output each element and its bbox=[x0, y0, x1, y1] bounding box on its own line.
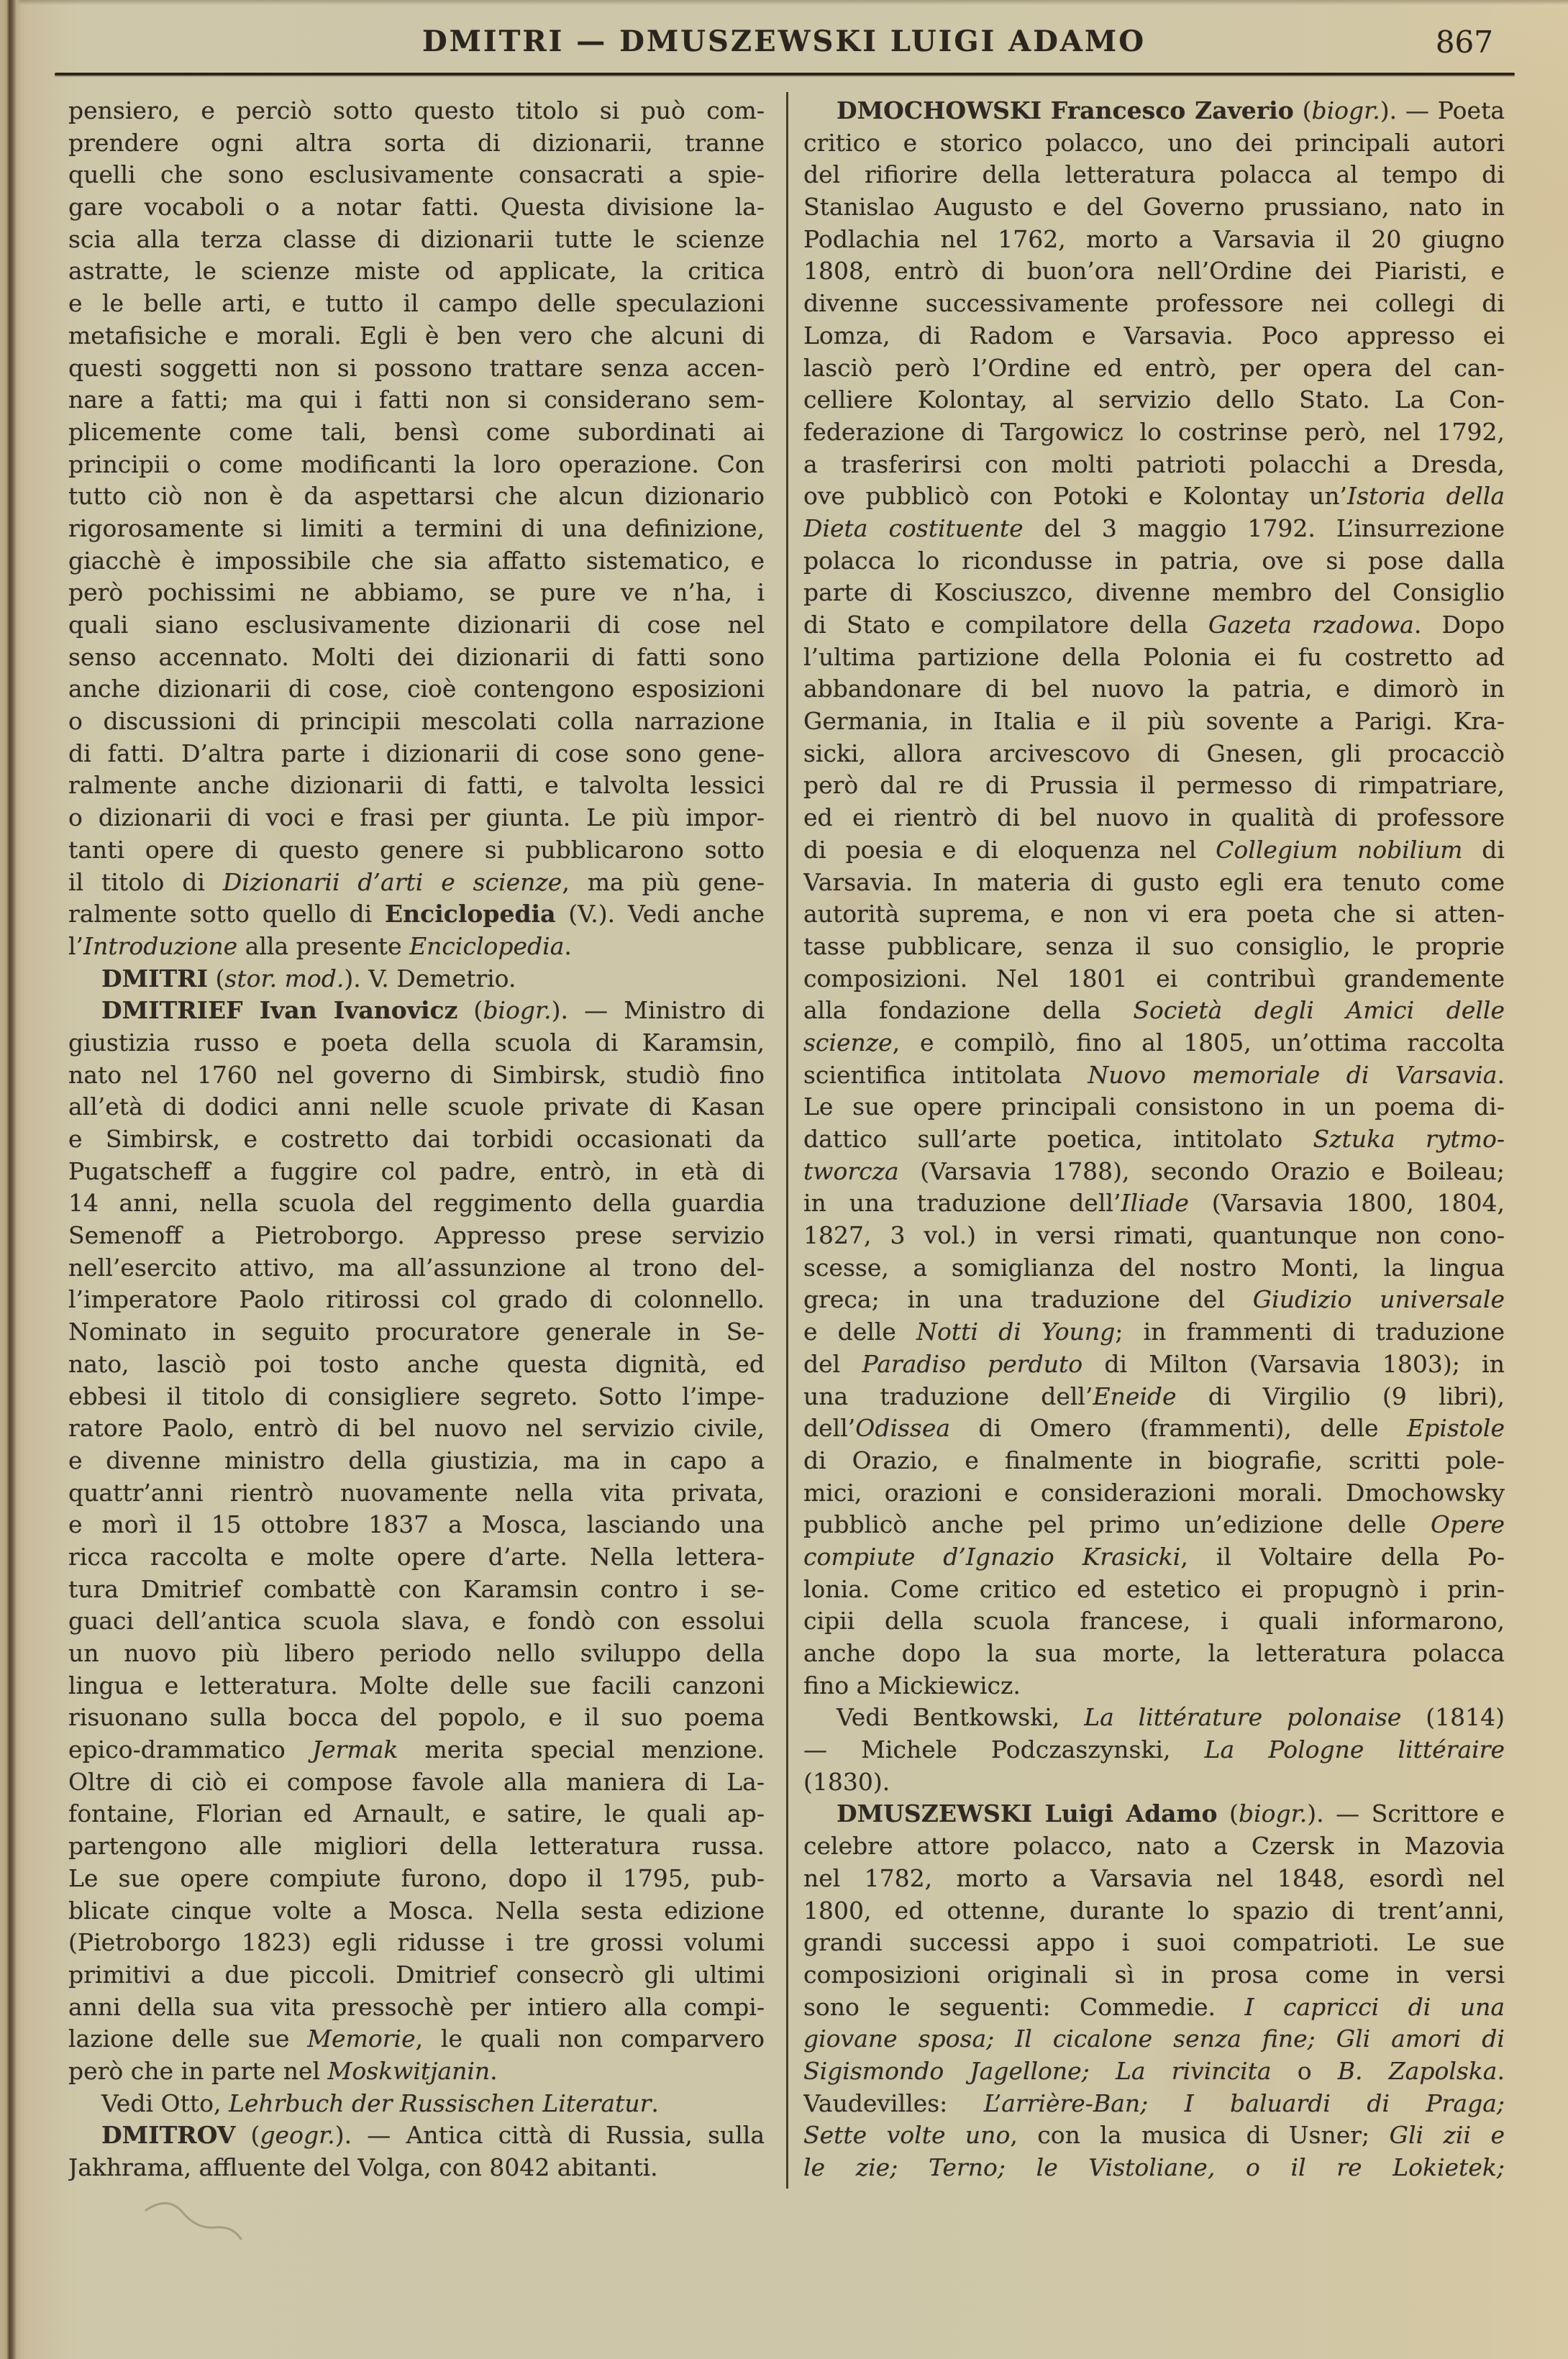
text-segment: o dizionarii di voci e frasi per giunta.… bbox=[68, 803, 765, 831]
page-number: 867 bbox=[1436, 24, 1493, 60]
text-segment: di Omero (frammenti), delle bbox=[950, 1414, 1407, 1442]
text-segment: Sette volte uno bbox=[803, 2121, 1010, 2149]
column-divider bbox=[786, 92, 788, 2189]
text-line: però che in parte nel Moskwitjanin. bbox=[68, 2055, 765, 2088]
text-segment: merita special menzione. bbox=[398, 1735, 765, 1763]
text-segment: ratore Paolo, entrò di bel nuovo nel ser… bbox=[68, 1414, 765, 1442]
header-rule bbox=[55, 73, 1515, 76]
text-line: e delle Notti di Young; in frammenti di … bbox=[803, 1316, 1505, 1349]
text-line: dell’Odissea di Omero (frammenti), delle… bbox=[803, 1413, 1505, 1445]
text-line: primitivi a due piccoli. Dmitrief consec… bbox=[68, 1959, 765, 1991]
text-line: risuonano sulla bocca del popolo, e il s… bbox=[68, 1702, 765, 1734]
text-segment: all’età di dodici anni nelle scuole priv… bbox=[68, 1092, 765, 1121]
binding-edge bbox=[0, 0, 22, 2359]
text-segment: l’imperatore Paolo ritirossi col grado d… bbox=[68, 1285, 765, 1313]
text-segment: ebbesi il titolo di consigliere segreto.… bbox=[68, 1382, 765, 1410]
text-segment: gare vocaboli o a notar fatti. Questa di… bbox=[68, 193, 765, 221]
text-segment: Vedi Bentkowski, bbox=[837, 1703, 1084, 1731]
text-segment: lazione delle sue bbox=[68, 2025, 307, 2053]
text-line: o dizionarii di voci e frasi per giunta.… bbox=[68, 802, 765, 834]
text-line: giacchè è impossibile che sia affatto si… bbox=[68, 545, 765, 578]
text-line: un nuovo più libero periodo nello svilup… bbox=[68, 1638, 765, 1670]
text-line: (1830). bbox=[803, 1766, 1505, 1799]
text-segment: guaci dell’antica scuola slava, e fondò … bbox=[68, 1607, 765, 1635]
text-segment: greca; in una traduzione del bbox=[803, 1285, 1253, 1313]
text-line: nato nel 1760 nel governo di Simbirsk, s… bbox=[68, 1059, 765, 1092]
text-segment: Introduzione bbox=[83, 932, 237, 960]
text-line: mici, orazioni e considerazioni morali. … bbox=[803, 1477, 1505, 1510]
text-segment: ). — Ministro di bbox=[552, 996, 765, 1024]
text-segment: e morì il 15 ottobre 1837 a Mosca, lasci… bbox=[68, 1510, 765, 1538]
text-segment: celliere Kolontay, al servizio dello Sta… bbox=[803, 385, 1505, 414]
text-segment: del rifiorire della letteratura polacca … bbox=[803, 160, 1505, 188]
text-segment: Epistole bbox=[1407, 1414, 1505, 1442]
text-segment: ( bbox=[208, 964, 224, 993]
text-line: Germania, in Italia e il più sovente a P… bbox=[803, 706, 1505, 738]
text-line: senso accennato. Molti dei dizionarii di… bbox=[68, 642, 765, 674]
text-line: e divenne ministro della giustizia, ma i… bbox=[68, 1445, 765, 1477]
text-segment: , ma più gene- bbox=[562, 868, 765, 896]
text-segment: La littérature polonaise bbox=[1084, 1703, 1401, 1731]
text-segment: senso accennato. Molti dei dizionarii di… bbox=[68, 643, 765, 671]
text-segment: composizioni originali sì in prosa come … bbox=[803, 1961, 1505, 1989]
text-segment: ). — Poeta bbox=[1380, 96, 1505, 124]
text-segment: plicemente come tali, bensì come subordi… bbox=[68, 418, 765, 446]
text-line: DMOCHOWSKI Francesco Zaverio (biogr.). —… bbox=[803, 95, 1505, 127]
text-line: compiute d’Ignazio Krasicki, il Voltaire… bbox=[803, 1541, 1505, 1574]
text-segment: scia alla terza classe di dizionarii tut… bbox=[68, 225, 765, 253]
text-line: rigorosamente si limiti a termini di una… bbox=[68, 513, 765, 545]
text-line: però dal re di Prussia il permesso di ri… bbox=[803, 770, 1505, 802]
text-segment: o bbox=[1272, 2057, 1338, 2085]
text-line: fino a Mickiewicz. bbox=[803, 1670, 1505, 1702]
text-line: scia alla terza classe di dizionarii tut… bbox=[68, 224, 765, 256]
text-segment: lonia. Come critico ed estetico ei propu… bbox=[803, 1575, 1505, 1603]
running-head: DMITRI — DMUSZEWSKI LUIGI ADAMO bbox=[0, 24, 1568, 58]
text-line: all’età di dodici anni nelle scuole priv… bbox=[68, 1091, 765, 1123]
text-segment: del bbox=[803, 1350, 862, 1378]
text-segment: primitivi a due piccoli. Dmitrief consec… bbox=[68, 1961, 765, 1989]
text-segment: ( bbox=[457, 996, 483, 1024]
text-segment: compiute d’Ignazio Krasicki bbox=[803, 1543, 1180, 1571]
text-segment: Jermak bbox=[312, 1735, 398, 1763]
text-segment: ed ei rientrò di bel nuovo in qualità di… bbox=[803, 803, 1505, 831]
text-segment: di bbox=[1462, 836, 1505, 864]
text-segment: ; in frammenti di traduzione bbox=[1115, 1318, 1505, 1346]
text-segment: cipii della scuola francese, i quali inf… bbox=[803, 1607, 1505, 1635]
text-line: Vaudevilles: L’arrière-Ban; I baluardi d… bbox=[803, 2088, 1505, 2120]
text-line: 1808, entrò di buon’ora nell’Ordine dei … bbox=[803, 255, 1505, 288]
text-segment: , il Voltaire della Po- bbox=[1180, 1543, 1505, 1571]
text-segment: Podlachia nel 1762, morto a Varsavia il … bbox=[803, 225, 1505, 253]
text-line: 1827, 3 vol.) in versi rimati, quantunqu… bbox=[803, 1220, 1505, 1252]
text-line: (Pietroborgo 1823) egli ridusse i tre gr… bbox=[68, 1927, 765, 1959]
text-segment: scienze bbox=[803, 1028, 893, 1057]
text-segment: anche dizionarii di cose, cioè contengon… bbox=[68, 675, 765, 703]
text-line: divenne successivamente professore nei c… bbox=[803, 288, 1505, 320]
text-segment: sono le seguenti: Commedie. bbox=[803, 1993, 1244, 2021]
text-segment: critico e storico polacco, uno dei princ… bbox=[803, 129, 1505, 157]
text-segment: ricca raccolta e molte opere d’arte. Nel… bbox=[68, 1543, 765, 1571]
text-line: ricca raccolta e molte opere d’arte. Nel… bbox=[68, 1541, 765, 1574]
text-line: pensiero, e perciò sotto questo titolo s… bbox=[68, 95, 765, 127]
text-segment: 1808, entrò di buon’ora nell’Ordine dei … bbox=[803, 257, 1505, 285]
text-line: tworcza (Varsavia 1788), secondo Orazio … bbox=[803, 1156, 1505, 1188]
text-line: quelli che sono esclusivamente consacrat… bbox=[68, 159, 765, 191]
text-segment: (Varsavia 1788), secondo Orazio e Boilea… bbox=[899, 1157, 1505, 1185]
text-segment: abbandonare di bel nuovo la patria, e di… bbox=[803, 675, 1505, 703]
text-segment: di poesia e di eloquenza nel bbox=[803, 836, 1216, 864]
text-line: — Michele Podczaszynski, La Pologne litt… bbox=[803, 1734, 1505, 1766]
text-segment: quali siano esclusivamente dizionarii di… bbox=[68, 611, 765, 639]
text-segment: Jakhrama, affluente del Volga, con 8042 … bbox=[68, 2153, 658, 2181]
text-segment: — Michele Podczaszynski, bbox=[803, 1735, 1205, 1763]
text-line: scientifica intitolata Nuovo memoriale d… bbox=[803, 1059, 1505, 1092]
text-segment: (Varsavia 1800, 1804, bbox=[1189, 1189, 1505, 1217]
text-segment: lasciò però l’Ordine ed entrò, per opera… bbox=[803, 354, 1505, 382]
text-segment: e Simbirsk, e costretto dai torbidi occa… bbox=[68, 1125, 765, 1153]
text-line: questi soggetti non si possono trattare … bbox=[68, 352, 765, 385]
text-line: metafisiche e morali. Egli è ben vero ch… bbox=[68, 320, 765, 352]
text-segment: , e compilò, fino al 1805, un’ottima rac… bbox=[893, 1028, 1505, 1057]
text-line: sicki, allora arcivescovo di Gnesen, gli… bbox=[803, 738, 1505, 770]
text-line: di Stato e compilatore della Gazeta rzad… bbox=[803, 609, 1505, 642]
text-segment: metafisiche e morali. Egli è ben vero ch… bbox=[68, 321, 765, 350]
text-segment: . bbox=[1497, 2057, 1505, 2085]
text-line: il titolo di Dizionarii d’arti e scienze… bbox=[68, 867, 765, 899]
text-line: Podlachia nel 1762, morto a Varsavia il … bbox=[803, 224, 1505, 256]
text-segment: 14 anni, nella scuola del reggimento del… bbox=[68, 1189, 765, 1217]
text-segment: anni della sua vita pressochè per intier… bbox=[68, 1993, 765, 2021]
text-segment: astratte, le scienze miste od applicate,… bbox=[68, 257, 765, 285]
text-segment: L’arrière-Ban; I baluardi di Praga; bbox=[984, 2089, 1505, 2117]
text-line: sono le seguenti: Commedie. I capricci d… bbox=[803, 1991, 1505, 2024]
text-segment: . bbox=[564, 932, 572, 960]
text-line: partengono alle migliori della letteratu… bbox=[68, 1830, 765, 1863]
text-segment: pubblicò anche pel primo un’edizione del… bbox=[803, 1510, 1431, 1538]
text-segment: nato, lasciò poi tosto anche questa dign… bbox=[68, 1350, 765, 1378]
text-line: quattr’anni rientrò nuovamente nella vit… bbox=[68, 1477, 765, 1510]
text-line: parte di Kosciuszco, divenne membro del … bbox=[803, 577, 1505, 609]
text-line: federazione di Targowicz lo costrinse pe… bbox=[803, 416, 1505, 449]
book-page: DMITRI — DMUSZEWSKI LUIGI ADAMO 867 pens… bbox=[0, 0, 1568, 2359]
text-segment: Sztuka rytmo- bbox=[1313, 1125, 1505, 1153]
text-line: Oltre di ciò ei compose favole alla mani… bbox=[68, 1766, 765, 1799]
text-segment: e divenne ministro della giustizia, ma i… bbox=[68, 1446, 765, 1474]
text-line: gare vocaboli o a notar fatti. Questa di… bbox=[68, 191, 765, 224]
text-segment: Moskwitjanin bbox=[328, 2057, 491, 2085]
text-segment: pensiero, e perciò sotto questo titolo s… bbox=[68, 96, 765, 124]
text-segment: B. Zapolska bbox=[1338, 2057, 1498, 2085]
text-line: anche dizionarii di cose, cioè contengon… bbox=[68, 673, 765, 706]
text-line: DMUSZEWSKI Luigi Adamo (biogr.). — Scrit… bbox=[803, 1798, 1505, 1830]
text-segment: , con la musica di Usner; bbox=[1010, 2121, 1389, 2149]
text-segment: mici, orazioni e considerazioni morali. … bbox=[803, 1479, 1505, 1507]
text-segment: dell’ bbox=[803, 1414, 855, 1442]
text-line: 1800, ed ottenne, durante lo spazio di t… bbox=[803, 1895, 1505, 1927]
text-line: ed ei rientrò di bel nuovo in qualità di… bbox=[803, 802, 1505, 834]
text-segment: tworcza bbox=[803, 1157, 899, 1185]
text-segment: principii o come modificanti la loro ope… bbox=[68, 450, 765, 478]
text-line: abbandonare di bel nuovo la patria, e di… bbox=[803, 673, 1505, 706]
text-line: e morì il 15 ottobre 1837 a Mosca, lasci… bbox=[68, 1509, 765, 1541]
text-segment: scientifica intitolata bbox=[803, 1061, 1088, 1089]
text-segment: le zie; Terno; le Vistoliane, o il re Lo… bbox=[803, 2153, 1505, 2181]
text-segment: (Pietroborgo 1823) egli ridusse i tre gr… bbox=[68, 1928, 765, 1956]
text-segment: Pugatscheff a fuggire col padre, entrò, … bbox=[68, 1157, 765, 1185]
text-segment: ( bbox=[235, 2121, 260, 2149]
text-segment: di Orazio, e finalmente in biografie, sc… bbox=[803, 1446, 1505, 1474]
text-line: quali siano esclusivamente dizionarii di… bbox=[68, 609, 765, 642]
text-segment: Memorie bbox=[307, 2025, 415, 2053]
text-segment: tanti opere di questo genere si pubblica… bbox=[68, 836, 765, 864]
text-line: cipii della scuola francese, i quali inf… bbox=[803, 1605, 1505, 1638]
text-line: composizioni originali sì in prosa come … bbox=[803, 1959, 1505, 1991]
text-line: celebre attore polacco, nato a Czersk in… bbox=[803, 1830, 1505, 1863]
text-segment: grandi successi appo i suoi compatrioti.… bbox=[803, 1928, 1505, 1956]
text-segment: alla presente bbox=[237, 932, 409, 960]
text-line: dattico sull’arte poetica, intitolato Sz… bbox=[803, 1123, 1505, 1156]
text-segment: l’ bbox=[68, 932, 83, 960]
text-segment: tutto ciò non è da aspettarsi che alcun … bbox=[68, 482, 765, 510]
text-segment: Gazeta rzadowa bbox=[1208, 611, 1414, 639]
text-line: anni della sua vita pressochè per intier… bbox=[68, 1991, 765, 2024]
text-segment: 1827, 3 vol.) in versi rimati, quantunqu… bbox=[803, 1221, 1505, 1249]
text-segment: , le quali non comparvero bbox=[416, 2025, 765, 2053]
text-segment: DMUSZEWSKI Luigi Adamo bbox=[837, 1799, 1217, 1828]
text-line: in una traduzione dell’Iliade (Varsavia … bbox=[803, 1187, 1505, 1220]
text-segment: questi soggetti non si possono trattare … bbox=[68, 354, 765, 382]
text-segment: Le sue opere principali consistono in un… bbox=[803, 1092, 1505, 1121]
text-segment: Istoria della bbox=[1347, 482, 1505, 510]
text-segment: composizioni. Nel 1801 ei contribuì gran… bbox=[803, 964, 1505, 993]
text-line: anche dopo la sua morte, la letteratura … bbox=[803, 1638, 1505, 1670]
text-line: polacca lo ricondusse in patria, ove si … bbox=[803, 545, 1505, 578]
text-segment: Enciclopedia bbox=[385, 900, 555, 928]
text-segment: Vaudevilles: bbox=[803, 2089, 984, 2117]
text-segment: . Dopo bbox=[1414, 611, 1505, 639]
text-segment: Dieta costituente bbox=[803, 514, 1024, 542]
text-line: Dieta costituente del 3 maggio 1792. L’i… bbox=[803, 513, 1505, 545]
text-line: nel 1782, morto a Varsavia nel 1848, eso… bbox=[803, 1863, 1505, 1895]
text-line: DMITROV (geogr.). — Antica città di Russ… bbox=[68, 2120, 765, 2152]
text-segment: Sigismondo Jagellone; La rivincita bbox=[803, 2057, 1272, 2085]
text-segment: Società degli Amici delle bbox=[1133, 996, 1505, 1024]
text-segment: DMOCHOWSKI Francesco Zaverio bbox=[837, 96, 1294, 124]
text-segment: un nuovo più libero periodo nello svilup… bbox=[68, 1639, 765, 1667]
text-segment: ( bbox=[1217, 1799, 1238, 1828]
text-line: Varsavia. In materia di gusto egli era t… bbox=[803, 867, 1505, 899]
text-line: critico e storico polacco, uno dei princ… bbox=[803, 127, 1505, 160]
text-line: le zie; Terno; le Vistoliane, o il re Lo… bbox=[803, 2152, 1505, 2184]
text-segment: ). V. Demetrio. bbox=[344, 964, 516, 993]
text-line: Vedi Bentkowski, La littérature polonais… bbox=[803, 1702, 1505, 1734]
text-line: una traduzione dell’Eneide di Virgilio (… bbox=[803, 1381, 1505, 1413]
text-segment: Odissea bbox=[855, 1414, 950, 1442]
text-line: tura Dmitrief combattè con Karamsin cont… bbox=[68, 1574, 765, 1606]
text-line: composizioni. Nel 1801 ei contribuì gran… bbox=[803, 963, 1505, 995]
text-line: alla fondazione della Società degli Amic… bbox=[803, 995, 1505, 1027]
text-segment: tura Dmitrief combattè con Karamsin cont… bbox=[68, 1575, 765, 1603]
text-line: a trasferirsi con molti patrioti polacch… bbox=[803, 449, 1505, 481]
text-line: tasse pubblicare, senza il suo consiglio… bbox=[803, 931, 1505, 963]
text-line: nell’esercito attivo, ma all’assunzione … bbox=[68, 1252, 765, 1285]
text-line: lasciò però l’Ordine ed entrò, per opera… bbox=[803, 352, 1505, 385]
text-line: del Paradiso perduto di Milton (Varsavia… bbox=[803, 1349, 1505, 1381]
text-line: Sigismondo Jagellone; La rivincita o B. … bbox=[803, 2055, 1505, 2088]
text-segment: Collegium nobilium bbox=[1216, 836, 1462, 864]
text-segment: ). — Antica città di Russia, sulla bbox=[335, 2121, 765, 2149]
text-line: Nominato in seguito procuratore generale… bbox=[68, 1316, 765, 1349]
text-line: DMITRI (stor. mod.). V. Demetrio. bbox=[68, 963, 765, 995]
text-segment: Enciclopedia bbox=[409, 932, 564, 960]
text-segment: ( bbox=[1294, 96, 1312, 124]
text-segment: Vedi Otto, bbox=[101, 2089, 229, 2117]
text-segment: il titolo di bbox=[68, 868, 223, 896]
text-line: lazione delle sue Memorie, le quali non … bbox=[68, 2023, 765, 2055]
text-segment: Le sue opere compiute furono, dopo il 17… bbox=[68, 1864, 765, 1892]
text-segment: blicate cinque volte a Mosca. Nella sest… bbox=[68, 1897, 765, 1925]
text-segment: Stanislao Augusto e del Governo prussian… bbox=[803, 193, 1505, 221]
text-segment: ralmente anche dizionarii di fatti, e ta… bbox=[68, 771, 765, 799]
text-segment: epico-drammatico bbox=[68, 1735, 312, 1763]
text-segment: nel 1782, morto a Varsavia nel 1848, eso… bbox=[803, 1864, 1505, 1892]
text-line: prendere ogni altra sorta di dizionarii,… bbox=[68, 127, 765, 160]
pen-mark bbox=[140, 2190, 263, 2262]
text-line: grandi successi appo i suoi compatrioti.… bbox=[803, 1927, 1505, 1959]
text-line: nato, lasciò poi tosto anche questa dign… bbox=[68, 1349, 765, 1381]
text-line: ove pubblicò con Potoki e Kolontay un’Is… bbox=[803, 480, 1505, 513]
text-segment: Opere bbox=[1431, 1510, 1505, 1538]
text-line: fontaine, Florian ed Arnault, e satire, … bbox=[68, 1798, 765, 1830]
text-segment: La Pologne littéraire bbox=[1205, 1735, 1505, 1763]
text-line: l’ultima partizione della Polonia ei fu … bbox=[803, 642, 1505, 674]
text-segment: DMITROV bbox=[101, 2121, 235, 2149]
text-segment: però dal re di Prussia il permesso di ri… bbox=[803, 771, 1505, 799]
text-segment: giustizia russo e poeta della scuola di … bbox=[68, 1028, 765, 1057]
text-segment: però pochissimi ne abbiamo, se pure ve n… bbox=[68, 578, 765, 606]
text-line: Pugatscheff a fuggire col padre, entrò, … bbox=[68, 1156, 765, 1188]
text-segment: una traduzione dell’ bbox=[803, 1382, 1093, 1410]
text-segment: dattico sull’arte poetica, intitolato bbox=[803, 1125, 1313, 1153]
text-segment: Iliade bbox=[1121, 1189, 1188, 1217]
text-segment: lingua e letteratura. Molte delle sue fa… bbox=[68, 1671, 765, 1699]
text-segment: scesse, a somiglianza del nostro Monti, … bbox=[803, 1254, 1505, 1282]
text-line: ebbesi il titolo di consigliere segreto.… bbox=[68, 1381, 765, 1413]
text-line: plicemente come tali, bensì come subordi… bbox=[68, 416, 765, 449]
text-segment: in una traduzione dell’ bbox=[803, 1189, 1121, 1217]
text-segment: Nuovo memoriale di Varsavia bbox=[1088, 1061, 1497, 1089]
column-left: pensiero, e perciò sotto questo titolo s… bbox=[68, 95, 765, 2184]
text-line: o discussioni di principii mescolati col… bbox=[68, 706, 765, 738]
text-segment: (V.). Vedi anche bbox=[555, 900, 765, 928]
text-segment: Varsavia. In materia di gusto egli era t… bbox=[803, 868, 1505, 896]
text-segment: Notti di Young bbox=[916, 1318, 1115, 1346]
text-segment: Dizionarii d’arti e scienze bbox=[223, 868, 562, 896]
text-segment: federazione di Targowicz lo costrinse pe… bbox=[803, 418, 1505, 446]
text-line: però pochissimi ne abbiamo, se pure ve n… bbox=[68, 577, 765, 609]
text-line: Le sue opere compiute furono, dopo il 17… bbox=[68, 1863, 765, 1895]
text-line: giovane sposa; Il cicalone senza fine; G… bbox=[803, 2023, 1505, 2055]
text-segment: divenne successivamente professore nei c… bbox=[803, 289, 1505, 317]
text-segment: Giudizio universale bbox=[1253, 1285, 1505, 1313]
text-line: e le belle arti, e tutto il campo delle … bbox=[68, 288, 765, 320]
text-segment: Paradiso perduto bbox=[862, 1350, 1083, 1378]
text-segment: Eneide bbox=[1093, 1382, 1176, 1410]
text-segment: Gli zii e bbox=[1390, 2121, 1505, 2149]
text-line: del rifiorire della letteratura polacca … bbox=[803, 159, 1505, 191]
text-line: lonia. Come critico ed estetico ei propu… bbox=[803, 1574, 1505, 1606]
text-segment: di fatti. D’altra parte i dizionarii di … bbox=[68, 739, 765, 767]
text-segment: Oltre di ciò ei compose favole alla mani… bbox=[68, 1768, 765, 1796]
text-segment: giacchè è impossibile che sia affatto si… bbox=[68, 547, 765, 575]
text-line: di fatti. D’altra parte i dizionarii di … bbox=[68, 738, 765, 770]
text-segment: celebre attore polacco, nato a Czersk in… bbox=[803, 1832, 1505, 1860]
text-segment: però che in parte nel bbox=[68, 2057, 328, 2085]
text-segment: geogr. bbox=[260, 2121, 334, 2149]
text-segment: ove pubblicò con Potoki e Kolontay un’ bbox=[803, 482, 1347, 510]
text-line: ralmente sotto quello di Enciclopedia (V… bbox=[68, 898, 765, 931]
text-segment: anche dopo la sua morte, la letteratura … bbox=[803, 1639, 1505, 1667]
text-segment: (1814) bbox=[1401, 1703, 1505, 1731]
text-segment: (1830). bbox=[803, 1768, 890, 1796]
text-line: giustizia russo e poeta della scuola di … bbox=[68, 1027, 765, 1059]
text-line: Jakhrama, affluente del Volga, con 8042 … bbox=[68, 2152, 765, 2184]
text-segment: DMITRI bbox=[101, 964, 208, 993]
text-line: astratte, le scienze miste od applicate,… bbox=[68, 255, 765, 288]
text-segment: Lehrbuch der Russischen Literatur bbox=[229, 2089, 651, 2117]
text-line: tutto ciò non è da aspettarsi che alcun … bbox=[68, 480, 765, 513]
text-segment: fino a Mickiewicz. bbox=[803, 1671, 1021, 1699]
text-line: DMITRIEF Ivan Ivanovicz (biogr.). — Mini… bbox=[68, 995, 765, 1027]
text-line: di Orazio, e finalmente in biografie, sc… bbox=[803, 1445, 1505, 1477]
text-segment: nell’esercito attivo, ma all’assunzione … bbox=[68, 1254, 765, 1282]
text-segment: 1800, ed ottenne, durante lo spazio di t… bbox=[803, 1897, 1505, 1925]
text-segment: alla fondazione della bbox=[803, 996, 1133, 1024]
text-line: l’imperatore Paolo ritirossi col grado d… bbox=[68, 1284, 765, 1316]
text-segment: di Stato e compilatore della bbox=[803, 611, 1208, 639]
text-segment: del 3 maggio 1792. L’insurrezione bbox=[1024, 514, 1505, 542]
text-line: e Simbirsk, e costretto dai torbidi occa… bbox=[68, 1123, 765, 1156]
text-line: di poesia e di eloquenza nel Collegium n… bbox=[803, 834, 1505, 867]
text-segment: rigorosamente si limiti a termini di una… bbox=[68, 514, 765, 542]
text-segment: biogr. bbox=[1239, 1799, 1307, 1828]
text-segment: di Virgilio (9 libri), bbox=[1177, 1382, 1505, 1410]
text-line: Stanislao Augusto e del Governo prussian… bbox=[803, 191, 1505, 224]
text-line: tanti opere di questo genere si pubblica… bbox=[68, 834, 765, 867]
text-line: ralmente anche dizionarii di fatti, e ta… bbox=[68, 770, 765, 802]
text-segment: biogr. bbox=[483, 996, 551, 1024]
text-segment: . bbox=[1497, 1061, 1505, 1089]
text-segment: stor. mod. bbox=[224, 964, 344, 993]
text-segment: Lomza, di Radom e Varsavia. Poco appress… bbox=[803, 321, 1505, 350]
text-segment: nare a fatti; ma qui i fatti non si cons… bbox=[68, 385, 765, 414]
text-line: Lomza, di Radom e Varsavia. Poco appress… bbox=[803, 320, 1505, 352]
text-segment: parte di Kosciuszco, divenne membro del … bbox=[803, 578, 1505, 606]
text-line: lingua e letteratura. Molte delle sue fa… bbox=[68, 1670, 765, 1702]
text-line: blicate cinque volte a Mosca. Nella sest… bbox=[68, 1895, 765, 1927]
text-line: Le sue opere principali consistono in un… bbox=[803, 1091, 1505, 1123]
text-line: scienze, e compilò, fino al 1805, un’ott… bbox=[803, 1027, 1505, 1059]
text-segment: nato nel 1760 nel governo di Simbirsk, s… bbox=[68, 1061, 765, 1089]
text-line: l’Introduzione alla presente Enciclopedi… bbox=[68, 931, 765, 963]
text-segment: di Milton (Varsavia 1803); in bbox=[1082, 1350, 1505, 1378]
text-segment: sicki, allora arcivescovo di Gnesen, gli… bbox=[803, 739, 1505, 767]
text-line: Sette volte uno, con la musica di Usner;… bbox=[803, 2120, 1505, 2152]
text-segment: Semenoff a Pietroborgo. Appresso prese s… bbox=[68, 1221, 765, 1249]
text-segment: giovane sposa; Il cicalone senza fine; G… bbox=[803, 2025, 1505, 2053]
text-segment: quattr’anni rientrò nuovamente nella vit… bbox=[68, 1479, 765, 1507]
